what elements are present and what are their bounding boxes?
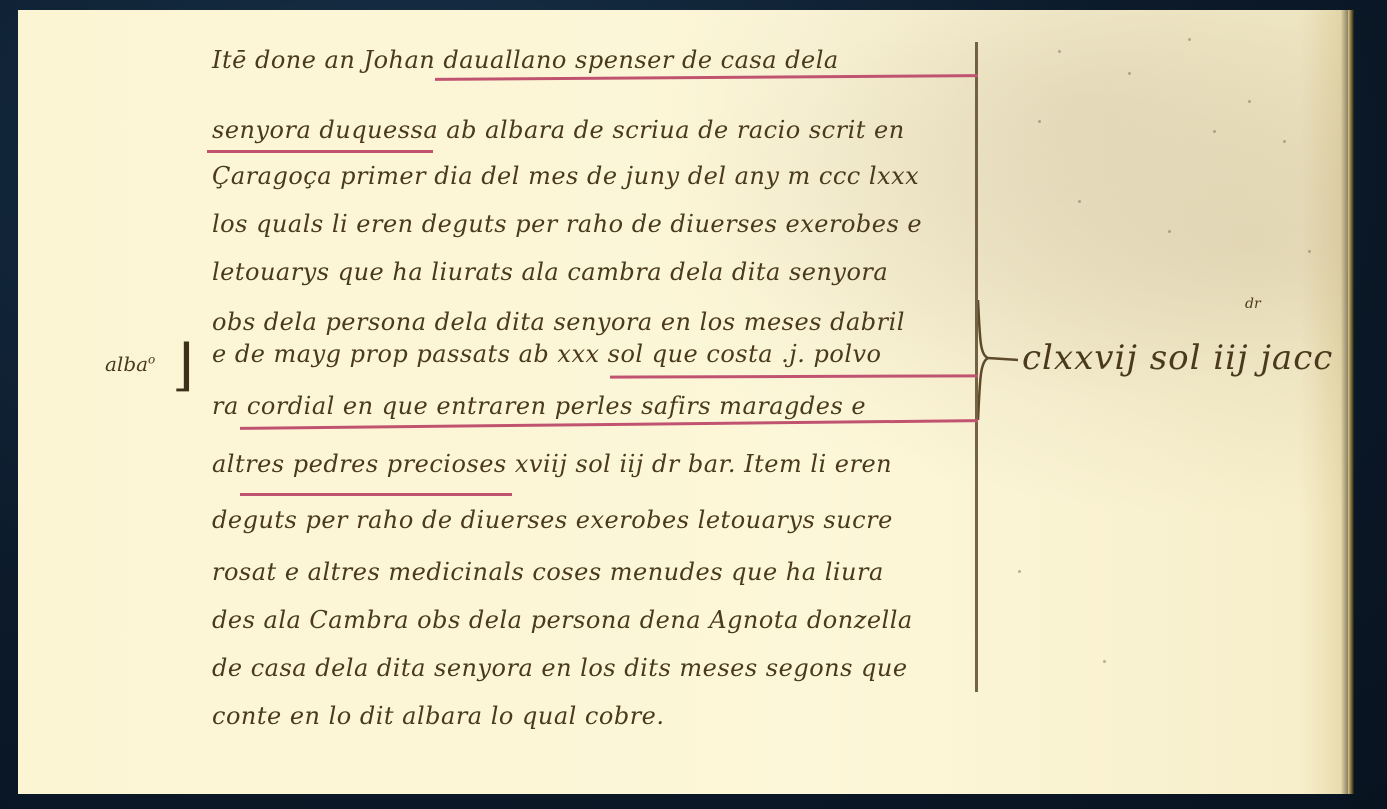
right-margin-sum: clxxvij sol iij jacc	[1022, 338, 1333, 378]
text-line: deguts per raho de diuerses exerobes let…	[212, 506, 893, 534]
text-line: los quals li eren deguts per raho de diu…	[212, 210, 922, 238]
text-line: conte en lo dit albara lo qual cobre.	[212, 702, 665, 730]
foxing-speck	[1058, 50, 1061, 53]
foxing-speck	[1103, 660, 1106, 663]
text-line: rosat e altres medicinals coses menudes …	[212, 558, 884, 586]
annotation-underline	[240, 493, 512, 496]
text-line: de casa dela dita senyora en los dits me…	[212, 654, 908, 682]
left-margin-abbrev: alba	[105, 352, 148, 376]
foxing-speck	[1283, 140, 1286, 143]
foxing-speck	[1168, 230, 1171, 233]
right-margin-sup: dr	[1245, 296, 1261, 312]
text-line: senyora duquessa ab albara de scriua de …	[212, 116, 905, 144]
foxing-speck	[1213, 130, 1216, 133]
foxing-speck	[1308, 250, 1311, 253]
foxing-speck	[1188, 38, 1191, 41]
left-margin-brace-icon: ⌋	[172, 338, 194, 394]
left-margin-sup: o	[148, 352, 155, 366]
text-line: letouarys que ha liurats ala cambra dela…	[212, 258, 888, 286]
text-line: ra cordial en que entraren perles safirs…	[212, 392, 866, 420]
foxing-speck	[1248, 100, 1251, 103]
text-line: altres pedres precioses xviij sol iij dr…	[212, 450, 892, 478]
text-line: e de mayg prop passats ab xxx sol que co…	[212, 340, 882, 368]
annotation-underline	[207, 150, 433, 153]
page-binding-edge	[1348, 10, 1354, 794]
foxing-speck	[1078, 200, 1081, 203]
text-line: des ala Cambra obs dela persona dena Agn…	[212, 606, 913, 634]
text-line: Çaragoça primer dia del mes de juny del …	[212, 162, 919, 190]
foxing-speck	[1128, 72, 1131, 75]
curly-brace-icon	[978, 300, 1018, 420]
text-line: Itē done an Johan dauallano spenser de c…	[212, 46, 839, 74]
foxing-speck	[1038, 120, 1041, 123]
left-margin-note: albao	[105, 352, 155, 376]
foxing-speck	[1018, 570, 1021, 573]
text-line: obs dela persona dela dita senyora en lo…	[212, 308, 905, 336]
